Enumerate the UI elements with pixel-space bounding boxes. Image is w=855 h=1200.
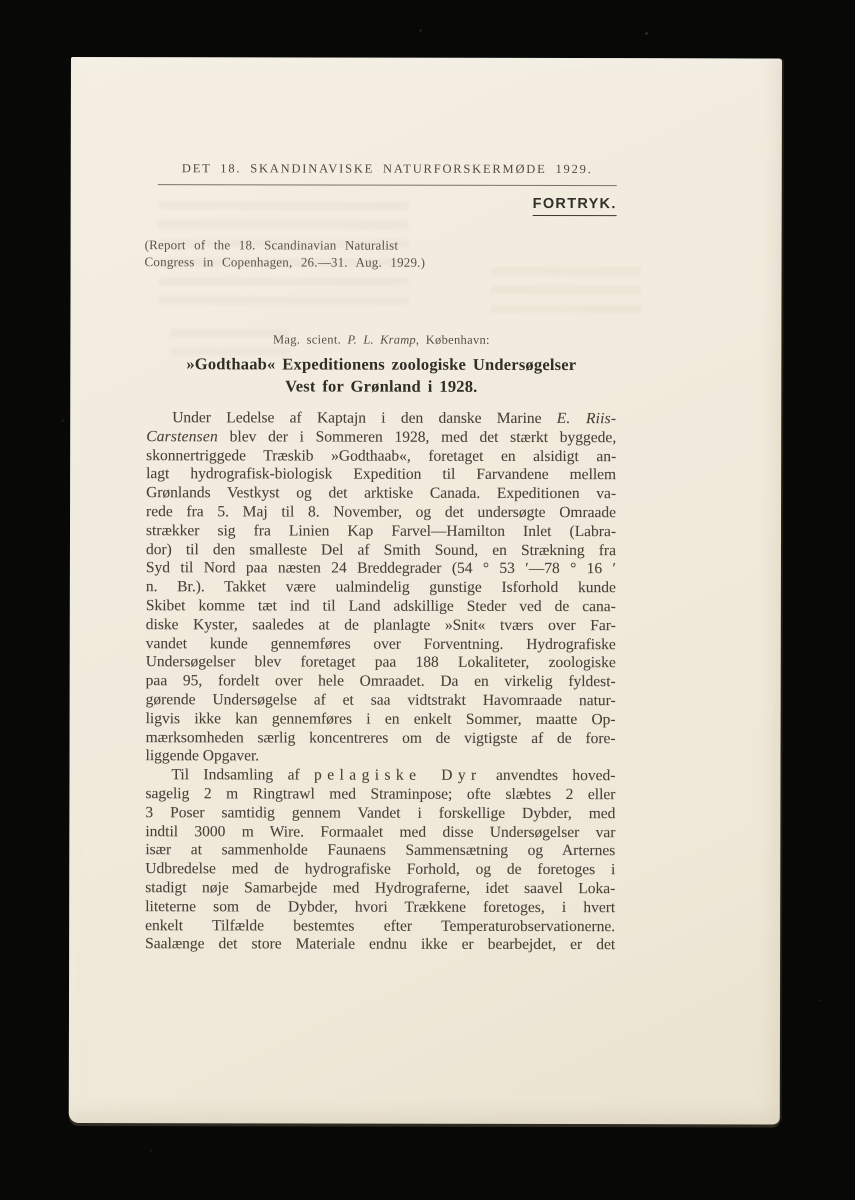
text-line: Til Indsamling af pelagiske Dyr anvendte… [145,766,615,786]
paragraph: Til Indsamling af pelagiske Dyr anvendte… [145,766,615,955]
reverse-side-show-through [490,263,640,318]
text-line: Saalænge det store Materiale endnu ikke … [145,935,615,955]
dust-specks [0,0,1,1]
text-line: enkelt Tilfælde bestemtes efter Temperat… [145,917,615,937]
text-line: liggende Opgaver. [146,748,616,768]
text-line: sagelig 2 m Ringtrawl med Straminpose; o… [145,785,615,805]
paragraph: Under Ledelse af Kaptajn i den danske Ma… [146,409,617,767]
text-line: n. Br.). Takket være ualmindelig gunstig… [146,578,616,598]
congress-header-text: DET 18. SKANDINAVISKE NATURFORSKERMØDE 1… [158,161,617,177]
header-rule [158,184,617,186]
photo-background: { "colors":{ "background":"#080807", "pa… [0,0,855,1200]
article-body: Under Ledelse af Kaptajn i den danske Ma… [145,409,616,955]
text-line: dor) til den smalleste Del af Smith Soun… [146,541,616,561]
text-line: paa 95, fordelt over hele Omraadet. Da e… [146,672,616,692]
text-line: Carstensen blev der i Sommeren 1928, med… [146,428,616,448]
report-note: (Report of the 18. Scandinavian Naturali… [145,237,475,271]
text-line: diske Kyster, saaledes at de planlagte »… [146,616,616,636]
text-line: Syd til Nord paa næsten 24 Breddegrader … [146,560,616,580]
text-line: Udbredelse med de hydrografiske Forhold,… [145,860,615,880]
document-page: DET 18. SKANDINAVISKE NATURFORSKERMØDE 1… [69,57,782,1124]
author-byline: Mag. scient. P. L. Kramp, København: [146,331,616,348]
text-line: indtil 3000 m Wire. Formaalet med disse … [145,823,615,843]
text-line: skonnertriggede Træskib »Godthaab«, fore… [146,447,616,467]
text-line: 3 Poser samtidig gennem Vandet i forskel… [145,804,615,824]
fortryk-stamp: FORTRYK. [533,197,617,216]
text-line: strækker sig fra Linien Kap Farvel—Hamil… [146,522,616,542]
text-line: mærksomheden særlig koncentreres om de v… [146,729,616,749]
text-line: vandet kunde gennemføres over Forventnin… [146,635,616,655]
text-line: Grønlands Vestkyst og det arktiske Canad… [146,484,616,504]
text-line: gørende Undersøgelse af et saa vidtstrak… [146,691,616,711]
text-line: stadigt nøje Samarbejde med Hydrografern… [145,879,615,899]
text-line: lagt hydrografisk-biologisk Expedition t… [146,466,616,486]
title-line: »Godthaab« Expeditionens zoologiske Unde… [146,353,616,376]
text-line: Under Ledelse af Kaptajn i den danske Ma… [146,409,616,429]
text-line: Skibet komme tæt ind til Land adskillige… [146,597,616,617]
text-line: ligvis ikke kan gennemføres i en enkelt … [146,710,616,730]
text-line: liteterne som de Dybder, hvori Trækkene … [145,898,615,918]
report-note-line: (Report of the 18. Scandinavian Naturali… [145,237,475,254]
text-line: rede fra 5. Maj til 8. November, og det … [146,503,616,523]
text-line: især at sammenholde Faunaens Sammensætni… [145,841,615,861]
title-line: Vest for Grønland i 1928. [146,375,616,398]
text-line: Undersøgelser blev foretaget paa 188 Lok… [146,654,616,674]
report-note-line: Congress in Copenhagen, 26.—31. Aug. 192… [145,254,475,271]
text-column: Mag. scient. P. L. Kramp, København: »Go… [145,331,616,955]
article-title: »Godthaab« Expeditionens zoologiske Unde… [146,353,616,398]
